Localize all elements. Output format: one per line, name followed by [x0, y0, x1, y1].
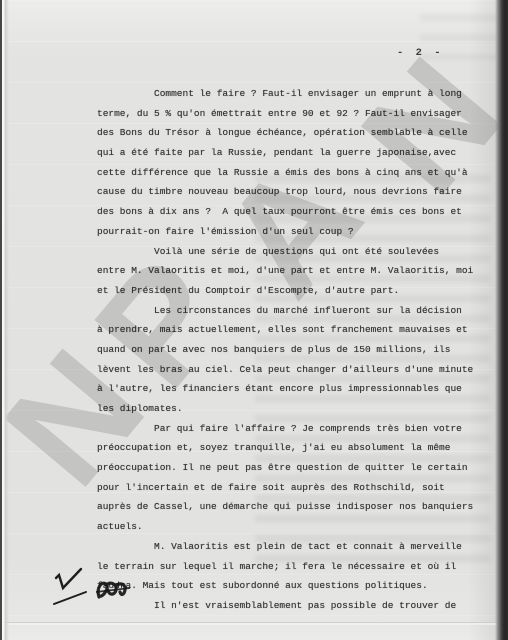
typewritten-text-block: Comment le faire ? Faut-il envisager un … — [97, 84, 482, 616]
film-edge-right — [495, 0, 508, 640]
typewritten-line: quand on parle avec nos banquiers de plu… — [97, 340, 482, 360]
typewritten-line: Par qui faire l'affaire ? Je comprends t… — [97, 419, 482, 439]
typewritten-line: les diplomates. — [97, 399, 482, 419]
typewritten-line: entre M. Valaoritis et moi, d'une part e… — [97, 261, 482, 281]
ink-scribble-over-word — [94, 579, 134, 606]
typewritten-line: terme, du 5 % qu'on émettrait entre 90 e… — [97, 104, 482, 124]
typewritten-line: des Bons du Trésor à longue échéance, op… — [97, 123, 482, 143]
typewritten-line: cette différence que la Russie a émis de… — [97, 163, 482, 183]
typewritten-line: préoccupation et, soyez tranquille, j'ai… — [97, 438, 482, 458]
typewritten-line: à prendre, mais actuellement, elles sont… — [97, 320, 482, 340]
film-edge-left — [0, 0, 9, 640]
typewritten-line: à l'autre, les financiers étant encore p… — [97, 379, 482, 399]
typewritten-line: auprès de Cassel, une démarche qui puiss… — [97, 497, 482, 517]
typewritten-line: des bons à dix ans ? A quel taux pourron… — [97, 202, 482, 222]
typewritten-line: lèvent les bras au ciel. Cela peut chang… — [97, 360, 482, 380]
page-number: - 2 - — [397, 47, 444, 59]
typewritten-line: Il n'est vraisemblablement pas possible … — [97, 596, 482, 616]
typewritten-line: cause du timbre nouveau beaucoup trop lo… — [97, 182, 482, 202]
typewritten-line: Les circonstances du marché influeront s… — [97, 301, 482, 321]
paper-crease — [0, 622, 508, 625]
typewritten-line: le terrain sur lequel il marche; il fera… — [97, 557, 482, 577]
typewritten-line: faudra. Mais tout est subordonné aux que… — [97, 576, 482, 596]
typewritten-line: M. Valaoritis est plein de tact et conna… — [97, 537, 482, 557]
typewritten-line: Comment le faire ? Faut-il envisager un … — [97, 84, 482, 104]
typewritten-line: et le Président du Comptoir d'Escompte, … — [97, 281, 482, 301]
handwritten-checkmark — [46, 566, 96, 617]
typewritten-line: pour l'incertain et de faire soit auprès… — [97, 478, 482, 498]
typewritten-line: préoccupation. Il ne peut pas être quest… — [97, 458, 482, 478]
typewritten-line: Voilà une série de questions qui ont été… — [97, 242, 482, 262]
typewritten-line: actuels. — [97, 517, 482, 537]
typewritten-line: pourrait-on faire l'émission d'un seul c… — [97, 222, 482, 242]
scanned-letter-page: - 2 - Comment le faire ? Faut-il envisag… — [0, 0, 508, 640]
typewritten-line: qui a été faite par la Russie, pendant l… — [97, 143, 482, 163]
